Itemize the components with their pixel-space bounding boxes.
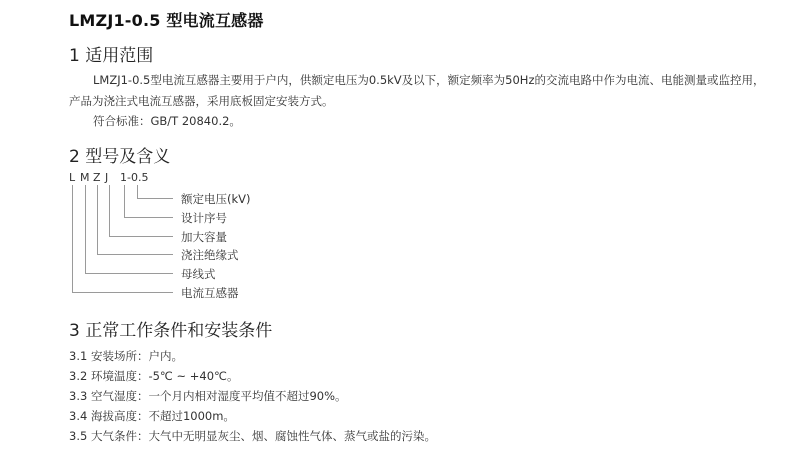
- section-1-heading: 1 适用范围: [69, 41, 153, 66]
- condition-item: 3.3 空气湿度：一个月内相对湿度平均值不超过90%。: [69, 388, 347, 404]
- connector-line: [109, 185, 110, 236]
- connector-line: [137, 198, 173, 199]
- meaning-current-transformer: 电流互感器: [181, 285, 239, 301]
- connector-line: [124, 217, 173, 218]
- connector-line: [109, 236, 173, 237]
- model-letter-Z: Z: [93, 171, 101, 184]
- section-3-heading: 3 正常工作条件和安装条件: [69, 316, 272, 341]
- section-1-paragraph-2: 产品为浇注式电流互感器，采用底板固定安装方式。: [69, 93, 334, 109]
- model-letter-J: J: [105, 171, 108, 184]
- connector-line: [124, 185, 125, 217]
- condition-item: 3.4 海拔高度：不超过1000m。: [69, 408, 235, 424]
- condition-item: 3.1 安装场所：户内。: [69, 348, 183, 364]
- model-letter-voltage: 1-0.5: [120, 171, 148, 184]
- meaning-design-serial: 设计序号: [181, 210, 227, 226]
- connector-line: [72, 292, 173, 293]
- section-1-standard: 符合标准：GB/T 20840.2。: [93, 113, 241, 129]
- meaning-cast-insulation: 浇注绝缘式: [181, 247, 239, 263]
- meaning-busbar-type: 母线式: [181, 266, 216, 282]
- connector-line: [85, 185, 86, 273]
- condition-item: 3.2 环境温度：-5℃ ~ +40℃。: [69, 368, 238, 384]
- connector-line: [72, 185, 73, 292]
- connector-line: [97, 185, 98, 254]
- section-2-heading: 2 型号及含义: [69, 142, 170, 167]
- condition-item: 3.5 大气条件：大气中无明显灰尘、烟、腐蚀性气体、蒸气或盐的污染。: [69, 428, 436, 444]
- model-letter-M: M: [80, 171, 90, 184]
- model-letter-L: L: [69, 171, 75, 184]
- section-1-paragraph-1: LMZJ1-0.5型电流互感器主要用于户内，供额定电压为0.5kV及以下，额定频…: [93, 72, 764, 88]
- meaning-increased-capacity: 加大容量: [181, 229, 227, 245]
- connector-line: [97, 254, 173, 255]
- document-title: LMZJ1-0.5 型电流互感器: [69, 8, 264, 31]
- connector-line: [137, 185, 138, 198]
- connector-line: [85, 273, 173, 274]
- meaning-rated-voltage: 额定电压(kV): [181, 191, 251, 207]
